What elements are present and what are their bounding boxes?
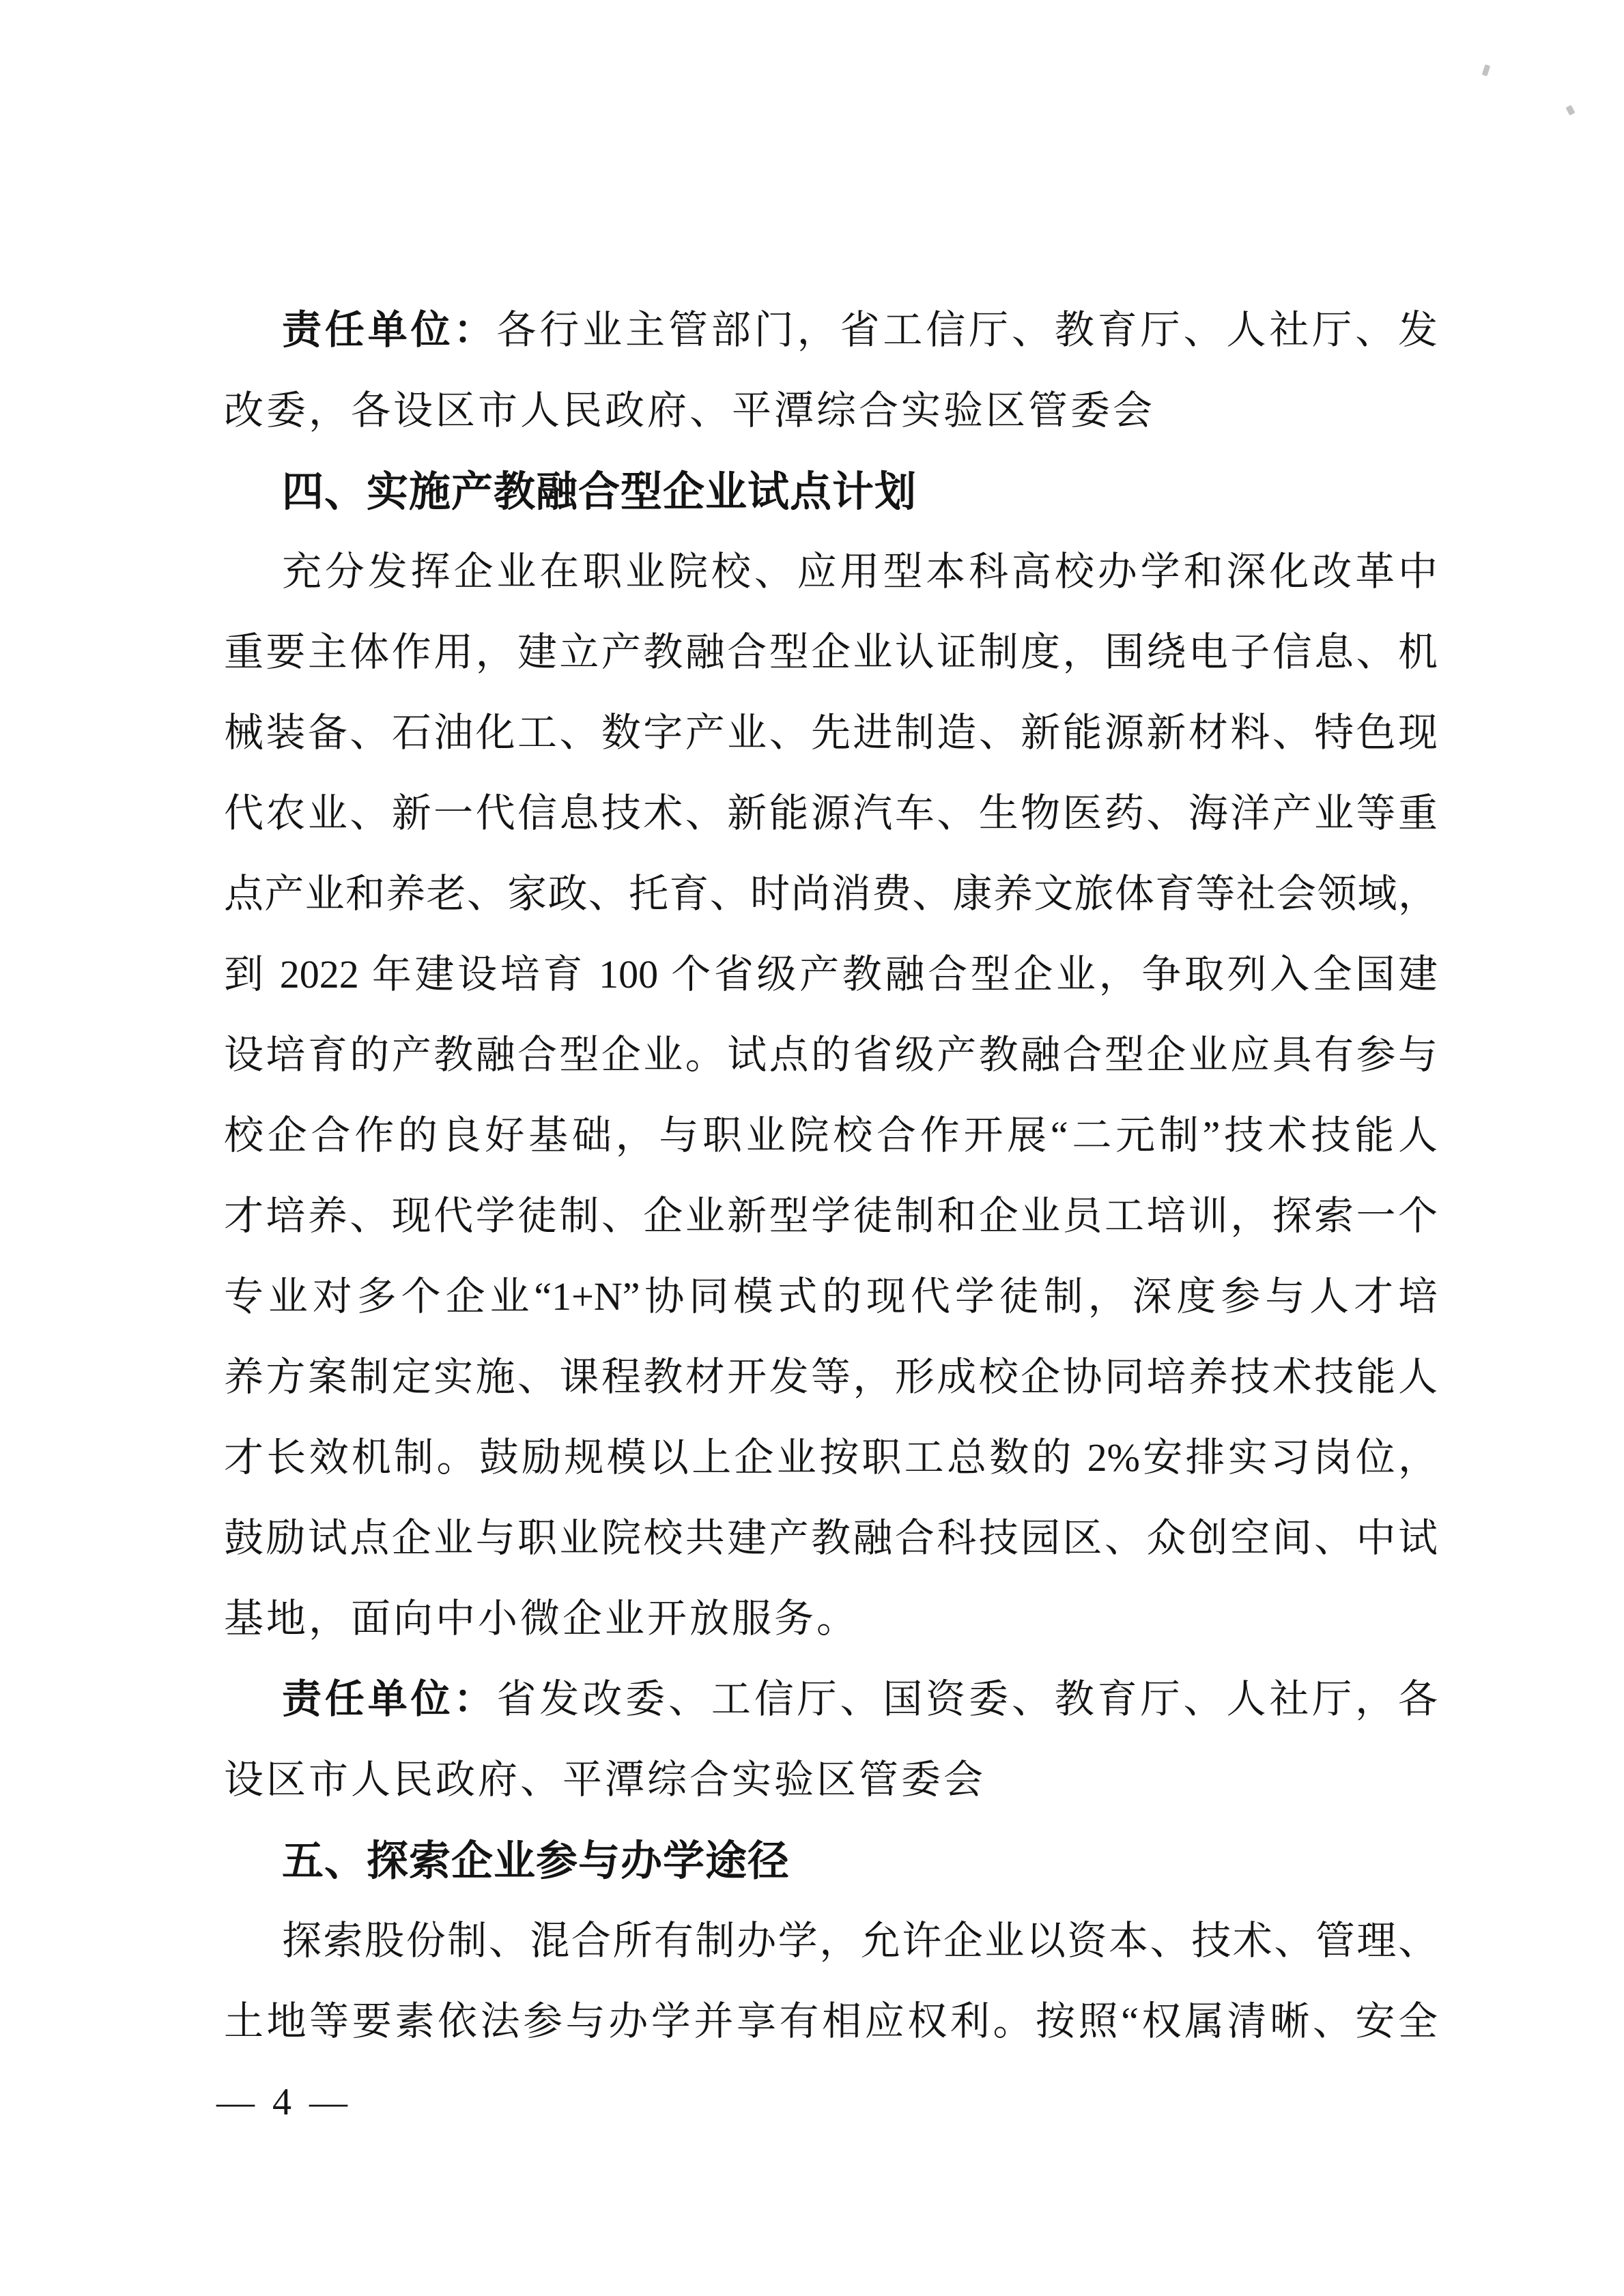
text-line-2: 改委，各设区市人民政府、平潭综合实验区管委会 <box>224 371 1438 451</box>
text-line-17: 基地，面向中小微企业开放服务。 <box>224 1579 1438 1659</box>
text-line-18: 责任单位：省发改委、工信厅、国资委、教育厅、人社厅，各 <box>224 1659 1438 1740</box>
text-line-1: 责任单位：各行业主管部门，省工信厅、教育厅、人社厅、发 <box>224 290 1438 371</box>
text-line-11: 校企合作的良好基础，与职业院校合作开展“二元制”技术技能人 <box>224 1095 1438 1176</box>
page-number: — 4 — <box>216 2075 347 2129</box>
text-line-6: 械装备、石油化工、数字产业、先进制造、新能源新材料、特色现 <box>224 693 1438 773</box>
text-line-10: 设培育的产教融合型企业。试点的省级产教融合型企业应具有参与 <box>224 1015 1438 1095</box>
text-line-13: 专业对多个企业“1+N”协同模式的现代学徒制，深度参与人才培 <box>224 1257 1438 1337</box>
text-line-20: 五、探索企业参与办学途径 <box>224 1820 1438 1901</box>
document-page: 责任单位：各行业主管部门，省工信厅、教育厅、人社厅、发改委，各设区市人民政府、平… <box>0 0 1624 2296</box>
responsible-unit-label: 责任单位： <box>282 1677 496 1721</box>
text-line-19: 设区市人民政府、平潭综合实验区管委会 <box>224 1740 1438 1820</box>
responsible-unit-label: 责任单位： <box>282 308 496 352</box>
scan-speck <box>1482 64 1491 76</box>
text-line-8: 点产业和养老、家政、托育、时尚消费、康养文旅体育等社会领域， <box>224 854 1438 934</box>
text-line-9: 到 2022 年建设培育 100 个省级产教融合型企业，争取列入全国建 <box>224 934 1438 1015</box>
text-line-7: 代农业、新一代信息技术、新能源汽车、生物医药、海洋产业等重 <box>224 773 1438 854</box>
text-line-5: 重要主体作用，建立产教融合型企业认证制度，围绕电子信息、机 <box>224 612 1438 693</box>
text-line-4: 充分发挥企业在职业院校、应用型本科高校办学和深化改革中 <box>224 532 1438 612</box>
scan-speck <box>1565 105 1575 116</box>
text-line-22: 土地等要素依法参与办学并享有相应权利。按照“权属清晰、安全 <box>224 1981 1438 2062</box>
text-line-12: 才培养、现代学徒制、企业新型学徒制和企业员工培训，探索一个 <box>224 1176 1438 1257</box>
text-line-14: 养方案制定实施、课程教材开发等，形成校企协同培养技术技能人 <box>224 1337 1438 1418</box>
text-line-15: 才长效机制。鼓励规模以上企业按职工总数的 2%安排实习岗位， <box>224 1418 1438 1498</box>
text-line-3: 四、实施产教融合型企业试点计划 <box>224 451 1438 532</box>
text-line-16: 鼓励试点企业与职业院校共建产教融合科技园区、众创空间、中试 <box>224 1498 1438 1579</box>
line-text: 省发改委、工信厅、国资委、教育厅、人社厅，各 <box>496 1677 1438 1721</box>
document-body: 责任单位：各行业主管部门，省工信厅、教育厅、人社厅、发改委，各设区市人民政府、平… <box>224 290 1438 2062</box>
line-text: 各行业主管部门，省工信厅、教育厅、人社厅、发 <box>496 308 1438 352</box>
text-line-21: 探索股份制、混合所有制办学，允许企业以资本、技术、管理、 <box>224 1901 1438 1981</box>
